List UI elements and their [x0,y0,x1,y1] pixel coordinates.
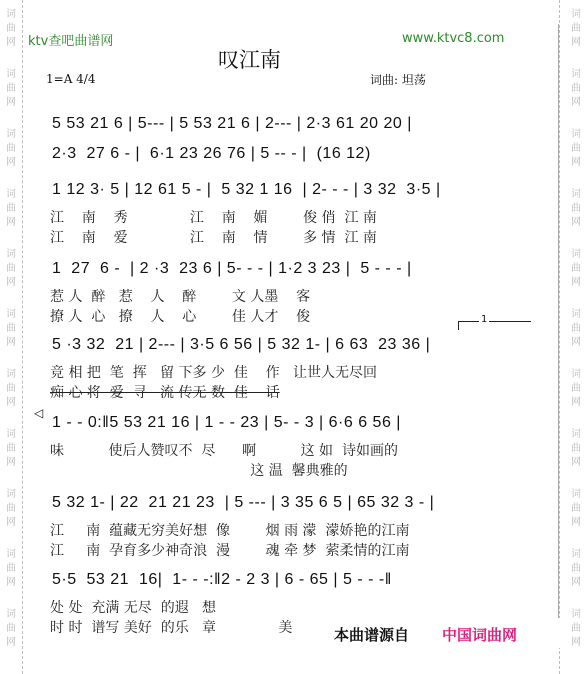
lyric-line: 处 处 充满 无尽 的遐 想 [50,597,216,617]
watermark-group: 词曲网 [566,68,585,110]
watermark-group: 词曲网 [566,548,585,590]
key-signature: 1=A 4/4 [46,72,95,86]
lyric-line: 江 南 爱 江 南 情 多 情 江 南 [50,227,377,247]
lyric-line: 惹 人 醉 惹 人 醉 文 人墨 客 [50,286,310,306]
lyric-line: 江 南 蕴藏无穷美好想 像 烟 雨 濛 濛娇艳的江南 [50,520,409,540]
song-title: 叹江南 [218,44,281,74]
watermark-group: 词曲网 [0,8,22,50]
lyric-line: 撩 人 心 撩 人 心 佳 人才 俊 [50,306,310,326]
site-url: www.ktvc8.com [402,31,504,46]
watermark-group: 词曲网 [566,188,585,230]
watermark-group: 词曲网 [0,488,22,530]
watermark-group: 词曲网 [0,368,22,410]
watermark-group: 词曲网 [0,248,22,290]
source-site: 中国词曲网 [442,624,517,645]
notation-line: 5·5 53 21 16| 1- - -:‖2 - 2 3 | 6 - 65 |… [52,571,392,589]
watermark-group: 词曲网 [566,128,585,170]
watermark-group: 词曲网 [566,608,585,650]
notation-line: 5 ·3 32 21 | 2--- | 3·5 6 56 | 5 32 1- |… [52,336,430,354]
watermark-group: 词曲网 [566,428,585,470]
watermark-group: 词曲网 [0,608,22,650]
lyric-line: 江 南 孕育多少神奇浪 漫 魂 牵 梦 萦柔情的江南 [50,540,409,560]
source-label: 本曲谱源自 [334,624,409,645]
lyric-line: 竞 相 把 笔 挥 留 下多 少 佳 作 让世人无尽回 [50,362,377,382]
first-ending-bracket: 1 [458,321,531,330]
lyric-line: 时 时 谱写 美好 的乐 章 美 [50,617,292,637]
right-watermark-strip: 词曲网词曲网词曲网词曲网词曲网词曲网词曲网词曲网词曲网词曲网词曲网 [559,0,585,674]
watermark-group: 词曲网 [566,308,585,350]
lyric-line: 江 南 秀 江 南 媚 俊 俏 江 南 [50,207,377,227]
watermark-group: 词曲网 [0,128,22,170]
notation-line: 1 - - 0:‖5 53 21 16 | 1 - - 23 | 5- - 3 … [52,414,401,432]
notation-line: 5 53 21 6 | 5--- | 5 53 21 6 | 2--- | 2·… [52,115,412,133]
volta-label: 1 [479,314,489,325]
site-name: ktv查吧曲谱网 [28,30,113,49]
watermark-group: 词曲网 [566,368,585,410]
credits: 词曲: 坦荡 [370,71,426,88]
watermark-group: 词曲网 [566,248,585,290]
left-watermark-strip: 词曲网词曲网词曲网词曲网词曲网词曲网词曲网词曲网词曲网词曲网词曲网 [0,0,23,674]
notation-line: 1 27 6 - | 2 ·3 23 6 | 5- - - | 1·2 3 23… [52,260,412,278]
notation-line: 2·3 27 6 - | 6·1 23 26 76 | 5 -- - | (16… [52,145,371,163]
watermark-group: 词曲网 [566,8,585,50]
watermark-group: 词曲网 [0,308,22,350]
lyric-line: 痴 心 将 爱 寻 流 传无 数 佳 话 [50,382,280,402]
lyric-line: 这 温 馨典雅的 [50,460,348,480]
watermark-group: 词曲网 [566,488,585,530]
speaker-icon: ◁ [34,406,43,420]
watermark-group: 词曲网 [0,428,22,470]
watermark-group: 词曲网 [0,188,22,230]
notation-line: 1 12 3· 5 | 12 61 5 - | 5 32 1 16 | 2- -… [52,181,441,199]
lyric-line: 味 使后人赞叹不 尽 啊 这 如 诗如画的 [50,440,398,460]
notation-line: 5 32 1- | 22 21 21 23 | 5 --- | 3 35 6 5… [52,494,434,512]
watermark-group: 词曲网 [0,548,22,590]
watermark-group: 词曲网 [0,68,22,110]
page-edge-line [558,24,559,648]
